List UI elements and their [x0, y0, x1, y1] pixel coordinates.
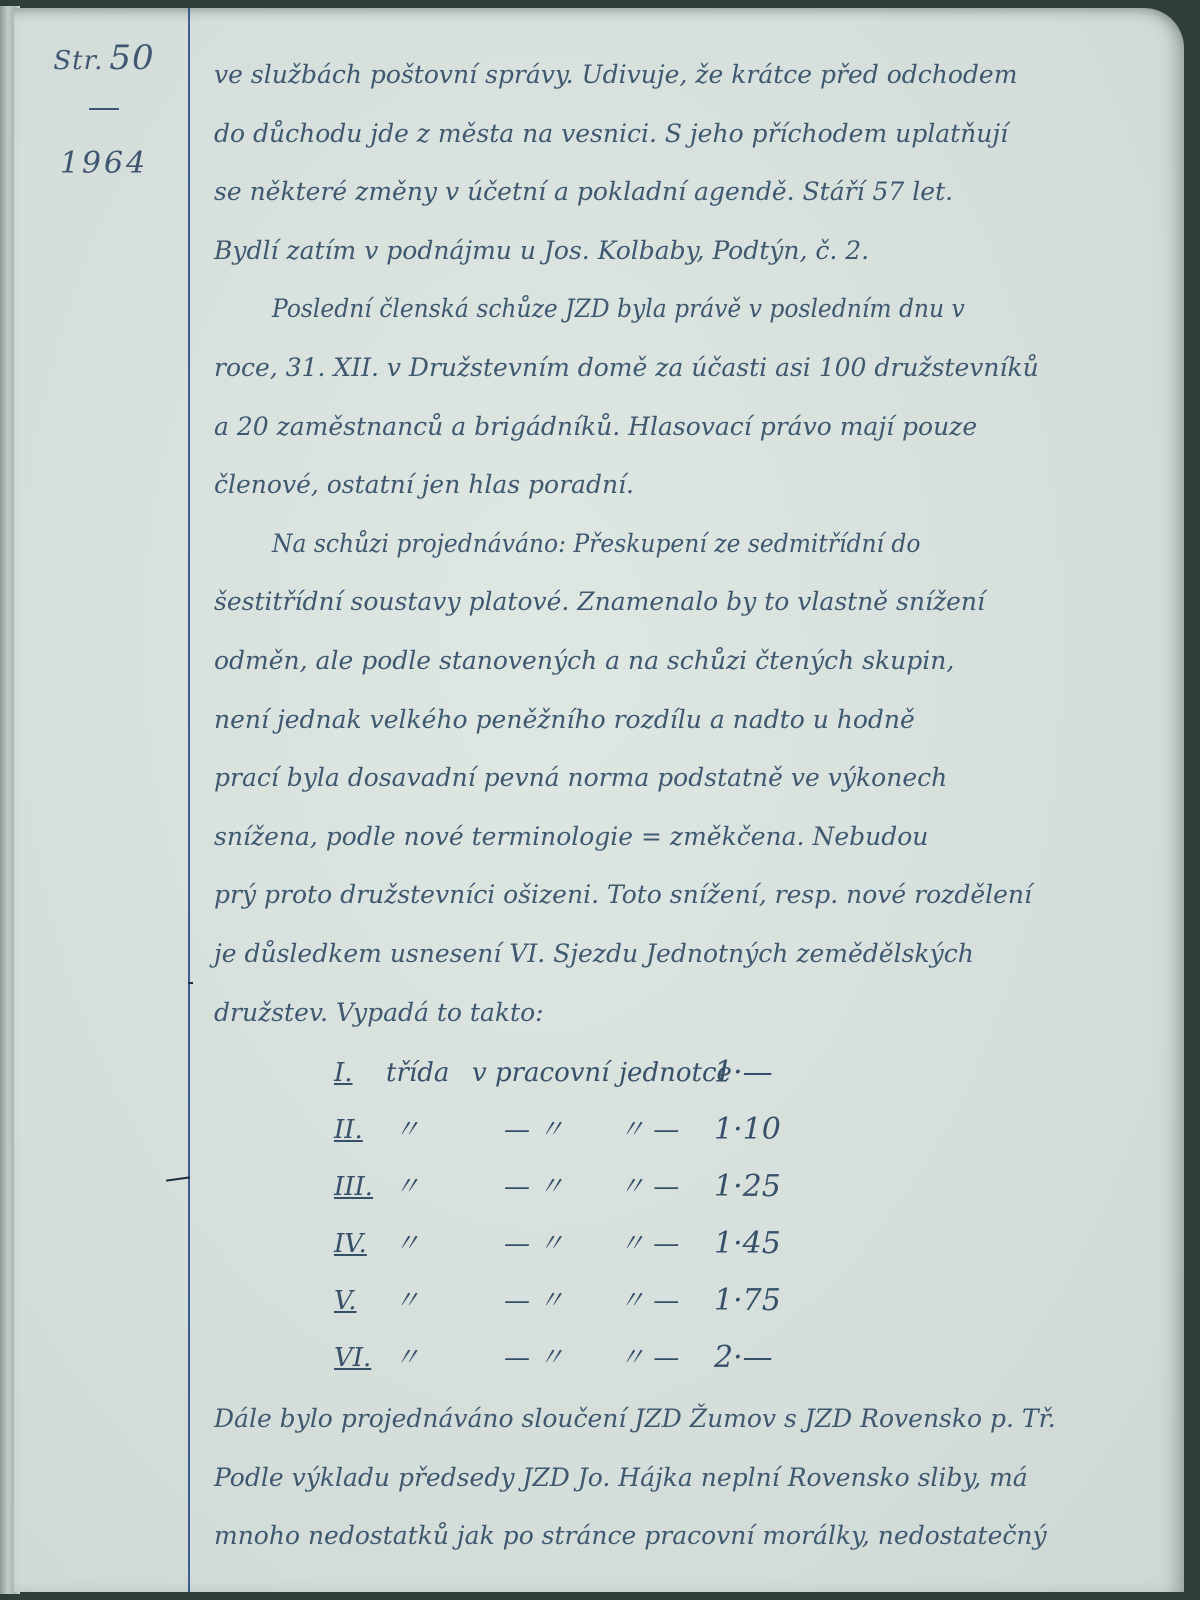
handwritten-body: ve službách poštovní správy. Udivuje, že…	[214, 46, 1154, 1566]
text-line: družstev. Vypadá to takto:	[214, 984, 1154, 1043]
table-row: II. 〃 — 〃 〃 — 1·10	[334, 1101, 1154, 1158]
ditto-cell: 〃	[394, 1158, 420, 1217]
table-row: VI. 〃 — 〃 〃 — 2·—	[334, 1329, 1154, 1386]
table-row: I. třída v pracovní jednotce 1·—	[334, 1044, 1154, 1101]
page-reference: Str.50	[34, 38, 174, 78]
text-line: Poslední členská schůze JZD byla právě v…	[214, 280, 1094, 339]
page-number: 50	[109, 38, 154, 78]
coefficient-cell: 1·45	[714, 1215, 781, 1274]
ditto-cell: — 〃	[504, 1329, 564, 1388]
text-line: prý proto družstevníci ošizeni. Toto sní…	[214, 866, 1154, 925]
class-cell: VI.	[334, 1329, 371, 1388]
scanned-page: Str.50 1964 ve službách poštovní správy.…	[0, 0, 1200, 1600]
coefficient-cell: 1·—	[714, 1044, 773, 1103]
text-line: mnoho nedostatků jak po stránce pracovní…	[214, 1507, 1154, 1566]
text-line: je důsledkem usnesení VI. Sjezdu Jednotn…	[214, 925, 1154, 984]
margin-column: Str.50 1964	[34, 38, 174, 181]
mid-cell: v pracovní	[472, 1044, 610, 1103]
text-line: šestitřídní soustavy platové. Znamenalo …	[214, 573, 1154, 632]
class-cell: V.	[334, 1272, 357, 1331]
ditto-cell: 〃	[394, 1329, 420, 1388]
ditto-cell: — 〃	[504, 1272, 564, 1331]
ditto-cell: 〃	[394, 1101, 420, 1160]
class-cell: I.	[334, 1044, 353, 1103]
margin-tick-mark	[166, 1176, 190, 1181]
text-line: se některé změny v účetní a pokladní age…	[214, 163, 1154, 222]
coefficient-cell: 1·75	[714, 1272, 781, 1331]
ditto-cell: 〃 —	[619, 1272, 679, 1331]
class-cell: IV.	[334, 1215, 367, 1274]
ditto-cell: — 〃	[504, 1101, 564, 1160]
coefficient-cell: 1·10	[714, 1101, 781, 1160]
text-line: odměn, ale podle stanovených a na schůzi…	[214, 632, 1154, 691]
coefficient-cell: 1·25	[714, 1158, 781, 1217]
ditto-cell: 〃 —	[619, 1329, 679, 1388]
text-line: není jednak velkého peněžního rozdílu a …	[214, 691, 1154, 750]
table-row: III. 〃 — 〃 〃 — 1·25	[334, 1158, 1154, 1215]
text-line: snížena, podle nové terminologie = změkč…	[214, 808, 1154, 867]
text-line: Na schůzi projednáváno: Přeskupení ze se…	[214, 515, 1094, 574]
class-cell: II.	[334, 1101, 363, 1160]
page-label: Str.	[53, 46, 103, 76]
text-line: a 20 zaměstnanců a brigádníků. Hlasovací…	[214, 398, 1154, 457]
text-line: ve službách poštovní správy. Udivuje, že…	[214, 46, 1154, 105]
ditto-cell: 〃	[394, 1272, 420, 1331]
margin-separator	[89, 108, 119, 110]
margin-rule	[188, 8, 190, 1592]
chronicle-page: Str.50 1964 ve službách poštovní správy.…	[14, 8, 1184, 1592]
text-line: členové, ostatní jen hlas poradní.	[214, 456, 1154, 515]
text-line: prací byla dosavadní pevná norma podstat…	[214, 749, 1154, 808]
ditto-cell: 〃 —	[619, 1158, 679, 1217]
label-cell: třída	[386, 1044, 449, 1103]
ditto-cell: 〃	[394, 1215, 420, 1274]
ditto-cell: — 〃	[504, 1215, 564, 1274]
ditto-cell: — 〃	[504, 1158, 564, 1217]
text-line: Dále bylo projednáváno sloučení JZD Žumo…	[214, 1390, 1154, 1449]
class-cell: III.	[334, 1158, 373, 1217]
pay-class-table: I. třída v pracovní jednotce 1·— II. 〃 —…	[334, 1044, 1154, 1386]
ditto-cell: 〃 —	[619, 1215, 679, 1274]
text-line: do důchodu jde z města na vesnici. S jeh…	[214, 105, 1154, 164]
margin-tick-mark	[188, 982, 193, 984]
text-line: Podle výkladu předsedy JZD Jo. Hájka nep…	[214, 1449, 1154, 1508]
table-row: V. 〃 — 〃 〃 — 1·75	[334, 1272, 1154, 1329]
text-line: Bydlí zatím v podnájmu u Jos. Kolbaby, P…	[214, 222, 1154, 281]
coefficient-cell: 2·—	[714, 1329, 773, 1388]
year-label: 1964	[34, 146, 174, 181]
table-row: IV. 〃 — 〃 〃 — 1·45	[334, 1215, 1154, 1272]
continued-text: Dále bylo projednáváno sloučení JZD Žumo…	[214, 1390, 1154, 1566]
ditto-cell: 〃 —	[619, 1101, 679, 1160]
text-line: roce, 31. XII. v Družstevním domě za úča…	[214, 339, 1154, 398]
